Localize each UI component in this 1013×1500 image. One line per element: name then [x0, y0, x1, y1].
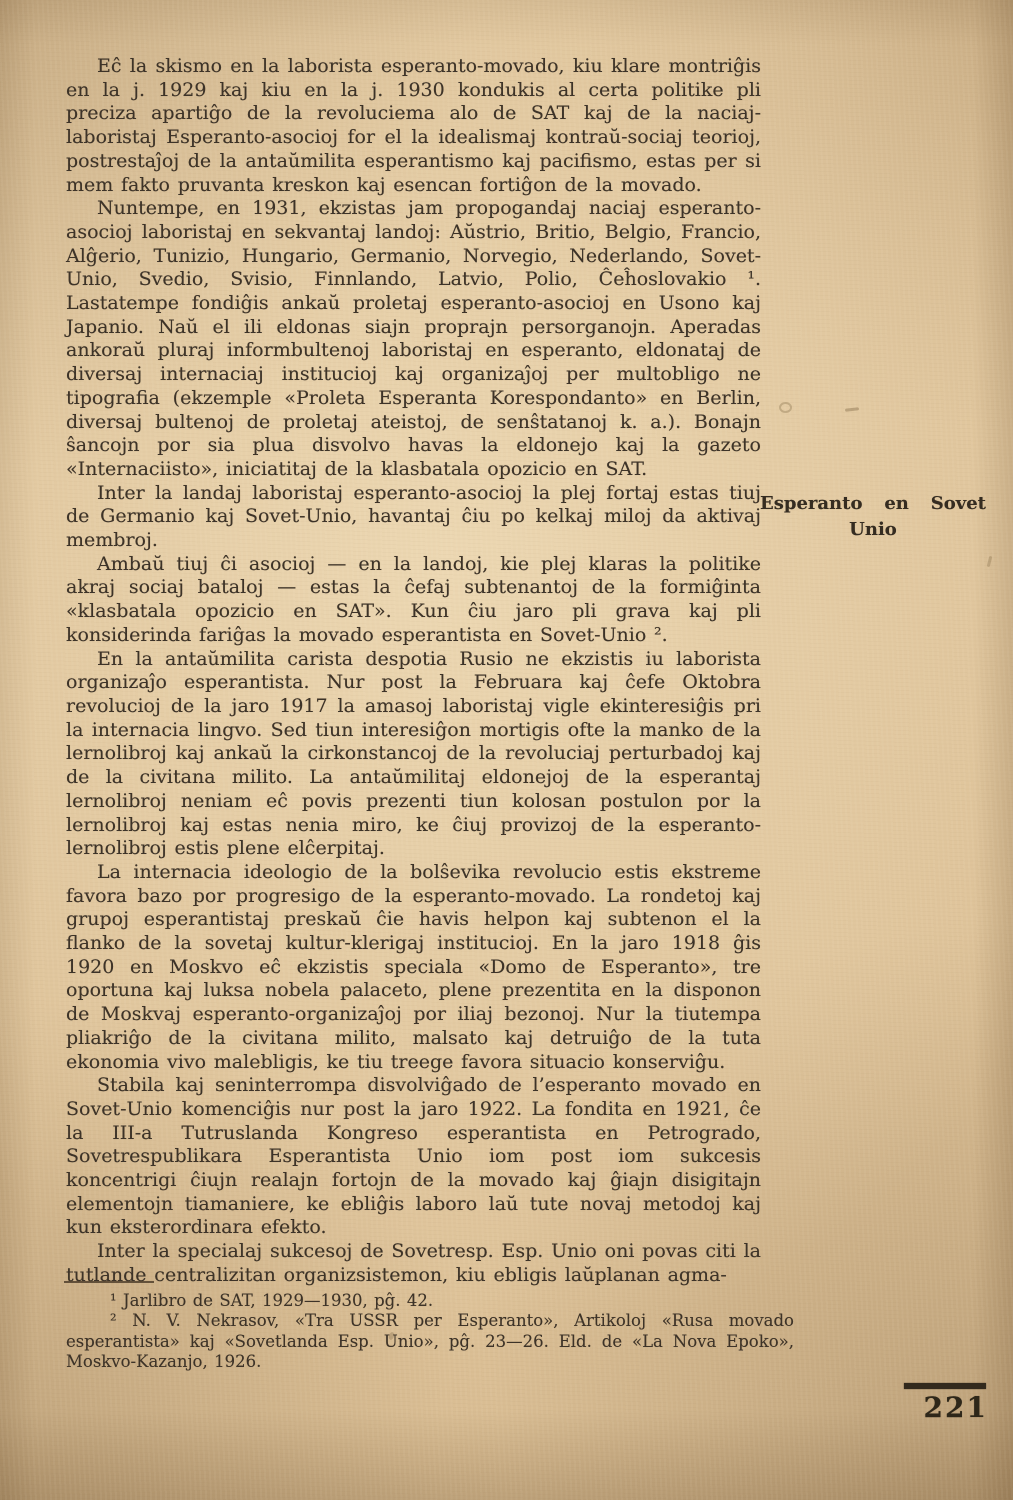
- paragraph-tsarist-russia: En la antaŭmilita carista despotia Rusio…: [66, 648, 761, 861]
- footnote-2: ² N. V. Nekrasov, «Tra USSR per Esperant…: [66, 1311, 794, 1372]
- margin-note-line2: Unio: [760, 517, 986, 543]
- paragraph-strongest-associations: Inter la landaj laboristaj esperanto-aso…: [66, 482, 761, 553]
- paragraph-national-associations: Nuntempe, en 1931, ekzistas jam propogan…: [66, 197, 761, 481]
- paper-speck: [845, 407, 859, 412]
- margin-note: Esperanto en Sovet Unio: [760, 491, 986, 543]
- paragraph-stable-development: Stabila kaj seninterrompa disvolviĝado d…: [66, 1074, 761, 1240]
- footnote-separator-rule: [64, 1281, 154, 1283]
- page-number-block: 221: [902, 1383, 988, 1424]
- footnote-1: ¹ Jarlibro de SAT, 1929—1930, pĝ. 42.: [66, 1291, 794, 1311]
- margin-note-line1: Esperanto en Sovet: [760, 491, 986, 517]
- paragraph-schism: Eĉ la skismo en la laborista esperanto-m…: [66, 55, 761, 197]
- paper-speck: [987, 556, 993, 567]
- page-number-rule: [904, 1383, 986, 1389]
- paragraph-bolshevik-ideology: La internacia ideologio de la bolŝevika …: [66, 861, 761, 1074]
- book-page-scan: { "document": { "language": "Esperanto",…: [0, 0, 1013, 1500]
- paragraph-special-successes: Inter la specialaj sukcesoj de Sovetresp…: [66, 1240, 761, 1287]
- page-number: 221: [902, 1391, 988, 1424]
- paper-speck: [779, 402, 792, 413]
- footnotes-block: ¹ Jarlibro de SAT, 1929—1930, pĝ. 42. ² …: [66, 1291, 794, 1372]
- paragraph-both-associations: Ambaŭ tiuj ĉi asocioj — en la landoj, ki…: [66, 553, 761, 648]
- main-text-column: Eĉ la skismo en la laborista esperanto-m…: [66, 55, 761, 1288]
